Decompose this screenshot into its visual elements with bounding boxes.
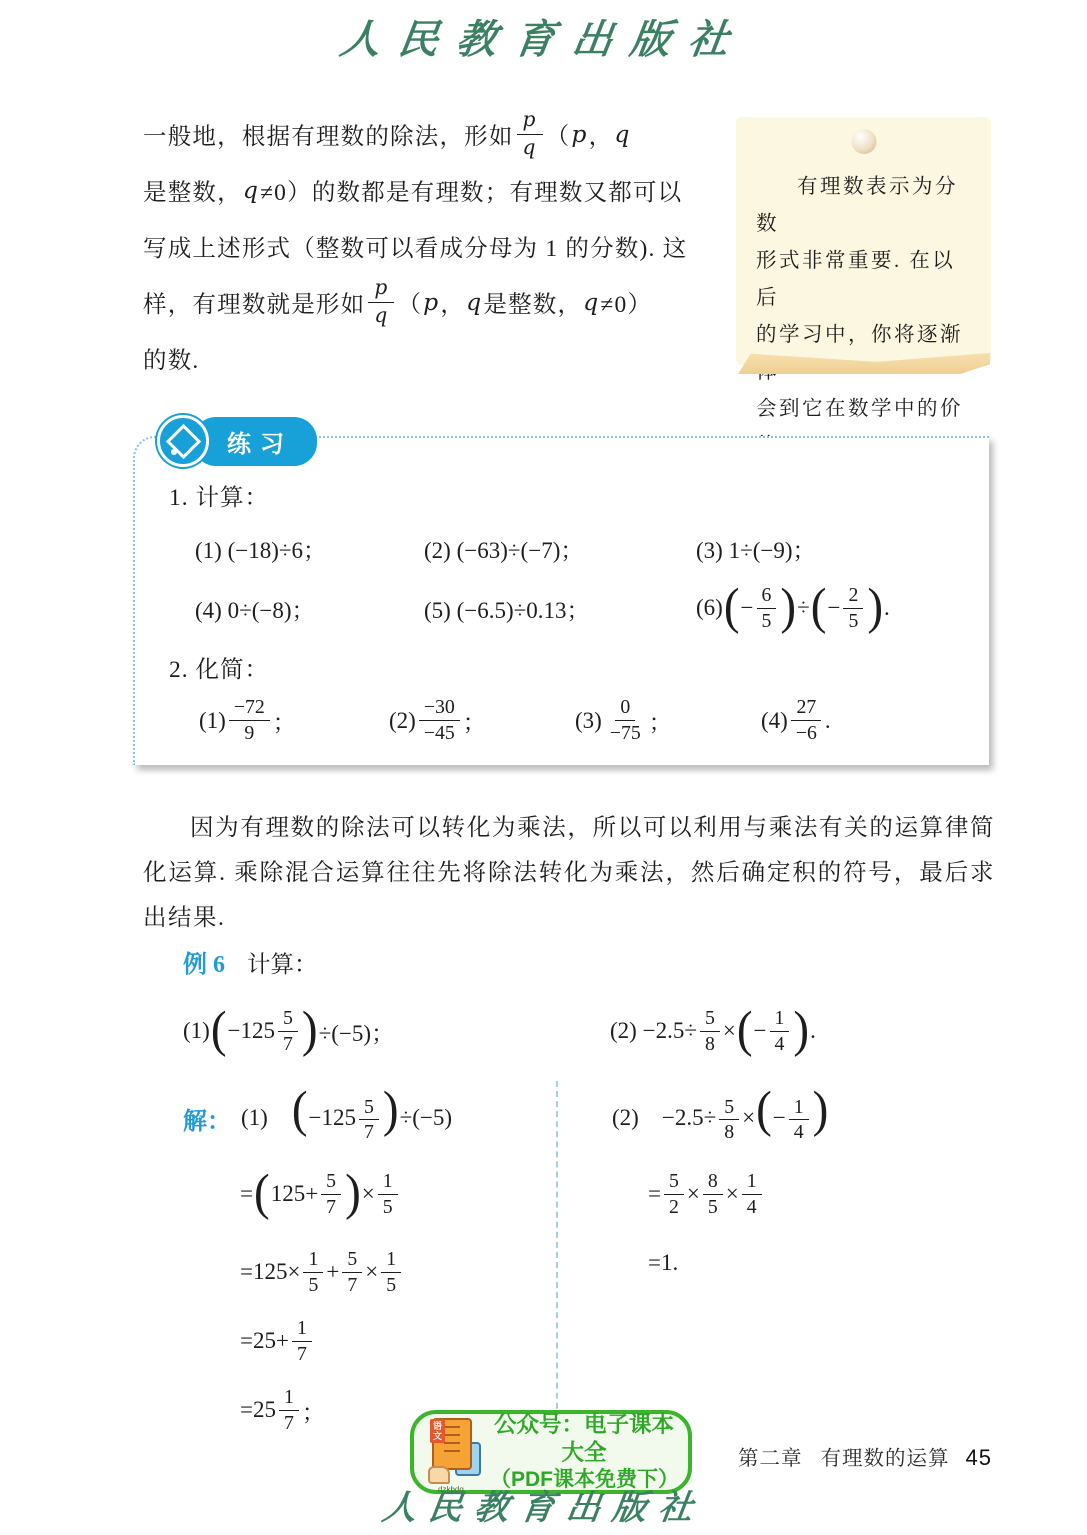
- solution-step: =1.: [648, 1233, 995, 1293]
- practice-problems-1: (1) (−18)÷6；(2) (−63)÷(−7)；(3) 1÷(−9)；(4…: [195, 526, 965, 632]
- solution-head: (2) −2.5÷58×(−14): [612, 1081, 995, 1155]
- math-problem: (4) 27−6.: [761, 696, 965, 744]
- body-paragraph: 因为有理数的除法可以转化为乘法，所以可以利用与乘法有关的运算律简化运算. 乘除混…: [143, 806, 995, 941]
- intro-line: 样，有理数就是形如pq（p，q 是整数，q≠0）: [143, 274, 723, 330]
- book-tag-label: 语文: [430, 1419, 445, 1443]
- solution-label: 解：: [183, 1101, 231, 1136]
- math-problem: (6) (−65)÷(−25).: [696, 584, 965, 632]
- intro-line: 写成上述形式（整数可以看成分母为 1 的分数). 这: [143, 218, 723, 274]
- practice-header: 练习: [157, 415, 317, 467]
- textbook-phone-icon: 语文 dzkbdq: [428, 1416, 484, 1488]
- math-problem: (3) 1÷(−9)；: [696, 526, 965, 570]
- math-problem: (3) 0−75；: [575, 696, 761, 744]
- section-label: 有理数的运算: [821, 1441, 950, 1471]
- solution-left-column: 解： (1) (−12557)÷(−5) =(125+57)×15 =125×1…: [143, 1081, 556, 1449]
- example-heading: 例 6 计算：: [183, 944, 995, 979]
- example-label: 例 6: [183, 944, 225, 979]
- math-problem: (1) (−18)÷6；: [195, 526, 424, 570]
- math-problem: (2) −30−45；: [389, 696, 575, 744]
- margin-note: 有理数表示为分数 形式非常重要. 在以后 的学习中，你将逐渐体 会到它在数学中的…: [736, 117, 991, 365]
- practice-label: 练习: [193, 417, 317, 466]
- practice-problems-2: (1) −729；(2) −30−45；(3) 0−75；(4) 27−6.: [199, 696, 965, 744]
- publisher-logo-bottom: 人民教育出版社: [379, 1480, 708, 1529]
- example-title: 计算：: [247, 945, 318, 979]
- intro-paragraph: 一般地，根据有理数的除法，形如pq（p，q 是整数，q≠0）的数都是有理数；有理…: [143, 106, 723, 386]
- note-line: 形式非常重要. 在以后: [756, 243, 975, 317]
- promo-line1: 公众号：电子课本大全: [490, 1411, 678, 1467]
- math-problem: (2) (−63)÷(−7)；: [424, 526, 696, 570]
- page-number: 45: [966, 1445, 992, 1471]
- solution-head: 解： (1) (−12557)÷(−5): [143, 1081, 556, 1155]
- page-footer: 第二章 有理数的运算 45: [738, 1441, 992, 1471]
- solution-step: =52×85×14: [648, 1155, 995, 1233]
- math-problem: (2) −2.5÷58×(−14).: [610, 995, 995, 1067]
- solution-right-column: (2) −2.5÷58×(−14) =52×85×14 =1.: [556, 1081, 995, 1449]
- example-section: 例 6 计算： (1) (−12557)÷(−5)；(2) −2.5÷58×(−…: [143, 944, 995, 1449]
- example-problems: (1) (−12557)÷(−5)；(2) −2.5÷58×(−14).: [183, 995, 995, 1067]
- math-problem: (1) (−12557)÷(−5)；: [183, 995, 610, 1067]
- math-problem: (1) −729；: [199, 696, 389, 744]
- pencil-diamond-icon: [157, 415, 209, 467]
- math-problem: (4) 0÷(−8)；: [195, 584, 424, 632]
- practice-item-title: 1. 计算：: [169, 478, 965, 512]
- note-text: 有理数表示为分数 形式非常重要. 在以后 的学习中，你将逐渐体 会到它在数学中的…: [736, 117, 991, 465]
- solution-expression: (2) −2.5÷58×(−14): [612, 1092, 829, 1144]
- math-problem: (5) (−6.5)÷0.13；: [424, 584, 696, 632]
- note-line: 有理数表示为分数: [756, 169, 975, 243]
- solution-step: =25+17: [240, 1311, 556, 1371]
- note-pin-icon: [851, 129, 876, 154]
- intro-line: 的数.: [143, 330, 723, 386]
- intro-line: 是整数，q≠0）的数都是有理数；有理数又都可以: [143, 162, 723, 218]
- solution-block: 解： (1) (−12557)÷(−5) =(125+57)×15 =125×1…: [143, 1081, 995, 1449]
- solution-step: =125×15+57×15: [240, 1233, 556, 1311]
- practice-section: 练习 1. 计算： (1) (−18)÷6；(2) (−63)÷(−7)；(3)…: [133, 436, 989, 765]
- solution-step: =(125+57)×15: [240, 1155, 556, 1233]
- chapter-label: 第二章: [738, 1441, 803, 1471]
- note-line: 的学习中，你将逐渐体: [756, 317, 975, 391]
- intro-line: 一般地，根据有理数的除法，形如pq（p，q: [143, 106, 723, 162]
- publisher-logo-top: 人民教育出版社: [336, 8, 750, 65]
- practice-item-title: 2. 化简：: [169, 650, 965, 684]
- solution-expression: (1) (−12557)÷(−5): [241, 1092, 452, 1144]
